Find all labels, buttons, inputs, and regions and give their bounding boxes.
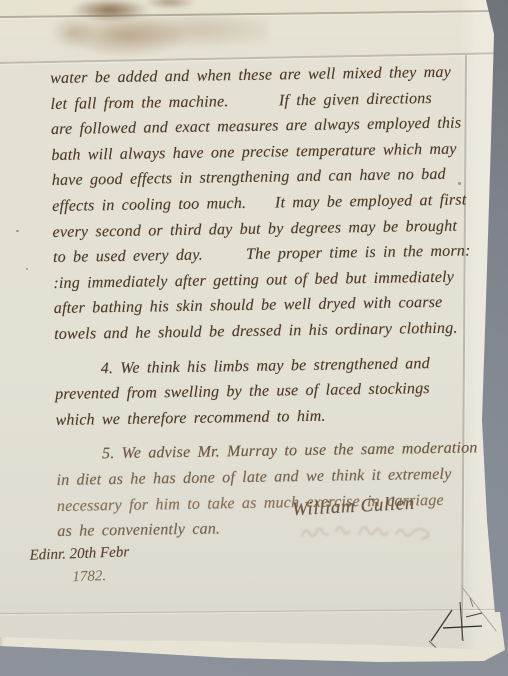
ink-scribble-marks (400, 585, 508, 676)
manuscript-page: water be added and when these are well m… (0, 0, 508, 676)
dateline-year: 1782. (72, 566, 130, 586)
letter-body: water be added and when these are well m… (50, 59, 495, 545)
photographed-manuscript: water be added and when these are well m… (0, 0, 508, 676)
faint-second-signature (298, 520, 468, 546)
dateline: Edinr. 20th Febr 1782. (29, 543, 130, 587)
foxing-speck (26, 268, 28, 270)
ink-stain (18, 0, 268, 72)
dateline-place: Edinr. 20th Febr (29, 543, 129, 564)
foxing-speck (16, 230, 19, 232)
